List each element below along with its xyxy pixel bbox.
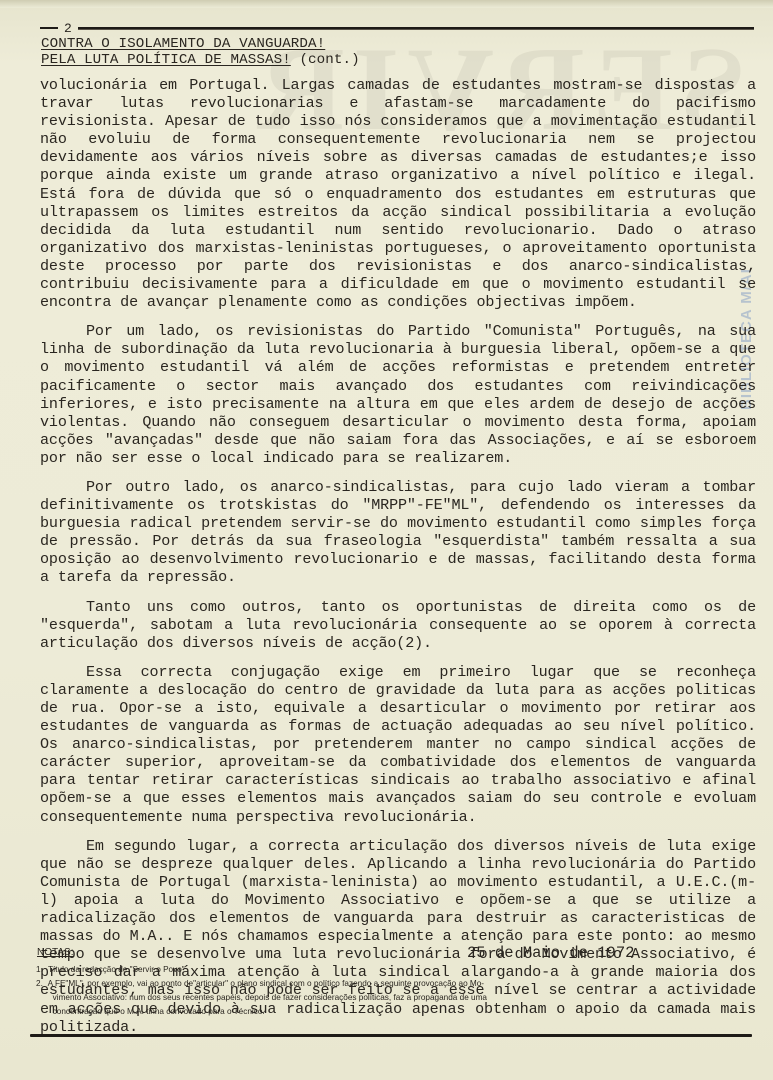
bottom-rule <box>30 1034 752 1037</box>
publication-date: 25 de Maio de 1972 <box>467 944 634 962</box>
footnote-line: vimento Associativo: num dos seus recent… <box>36 990 742 1004</box>
paragraph: Por um lado, os revisionistas do Partido… <box>40 322 756 467</box>
footnote-line: 1. Título da redacção de "Servir o Povo" <box>36 962 742 976</box>
footnotes: 1. Título da redacção de "Servir o Povo"… <box>36 962 742 1018</box>
footnote-line: 2. A FE"ML", por exemplo, vai ao ponto d… <box>36 976 742 990</box>
paragraph: Por outro lado, os anarco-sindicalistas,… <box>40 478 756 587</box>
paragraph: Essa correcta conjugação exige em primei… <box>40 663 756 826</box>
article-body: volucionária em Portugal. Largas camadas… <box>40 76 756 1036</box>
article-title: CONTRA O ISOLAMENTO DA VANGUARDA! PELA L… <box>41 36 360 68</box>
page-header-rule: 2 <box>40 22 754 34</box>
document-page: SERVIR BIBLIOTECA M/AI 2 CONTRA O ISOLAM… <box>0 0 773 1080</box>
footnote-number: 1. <box>36 962 46 976</box>
footnote: 2. A FE"ML", por exemplo, vai ao ponto d… <box>36 976 742 1018</box>
notes-row: NOTAS: 25 de Maio de 1972 <box>37 945 753 963</box>
footnote-text: A FE"ML", por exemplo, vai ao ponto de"a… <box>48 978 484 988</box>
footnote-text: Título da redacção de "Servir o Povo" <box>48 964 185 974</box>
notes-label: NOTAS: <box>37 947 73 958</box>
paragraph: volucionária em Portugal. Largas camadas… <box>40 76 756 311</box>
scan-edge-shadow <box>0 0 773 8</box>
title-line-1: CONTRA O ISOLAMENTO DA VANGUARDA! <box>41 36 325 52</box>
title-suffix: (cont.) <box>299 52 359 68</box>
header-dash <box>40 27 58 29</box>
paragraph: Tanto uns como outros, tanto os oportuni… <box>40 598 756 652</box>
footnote: 1. Título da redacção de "Servir o Povo" <box>36 962 742 976</box>
footnote-line: concentração que o M.A. tinha convocado … <box>36 1004 742 1018</box>
title-line-2: PELA LUTA POLÍTICA DE MASSAS! <box>41 52 291 68</box>
page-number: 2 <box>64 21 72 36</box>
header-line <box>78 27 754 30</box>
footnote-number: 2. <box>36 976 46 990</box>
